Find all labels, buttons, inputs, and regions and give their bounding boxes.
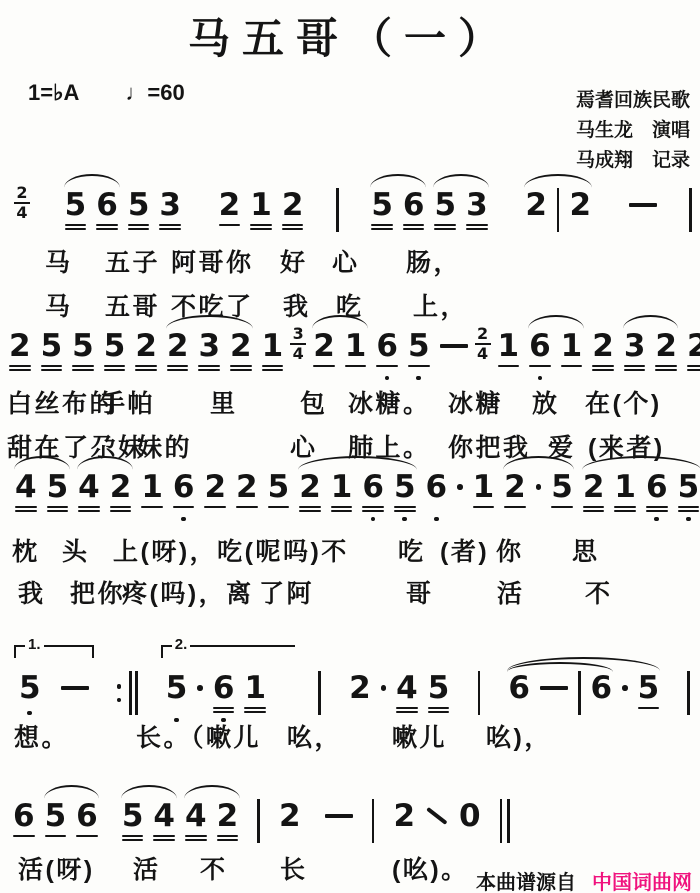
beam-lines bbox=[345, 363, 367, 373]
music-line: 454216225216561252165 bbox=[10, 454, 694, 523]
note: 6 bbox=[641, 470, 673, 523]
note-body: 2 bbox=[236, 470, 258, 504]
time-denominator: 4 bbox=[16, 205, 27, 221]
beam-lines bbox=[244, 705, 266, 715]
beam-lines bbox=[185, 833, 207, 843]
beam-line bbox=[173, 506, 195, 508]
beam-line bbox=[592, 369, 614, 371]
slur bbox=[528, 315, 583, 329]
lyric-chunk: 了阿 bbox=[259, 574, 314, 610]
note-body: 5 bbox=[678, 470, 700, 504]
note-body: 5 bbox=[394, 470, 416, 504]
note: 2 bbox=[344, 671, 376, 724]
beam-line bbox=[504, 506, 526, 508]
beam-line bbox=[403, 224, 425, 226]
credits-block: 焉耆回族民歌 马生龙 演唱 马成翔 记录 bbox=[576, 86, 690, 176]
lyric-chunk: 活 bbox=[133, 850, 161, 886]
lyric-chunk: 吆， bbox=[287, 718, 342, 754]
note-digit: 2 bbox=[687, 329, 700, 363]
note-body: 3 bbox=[624, 329, 646, 363]
note: 5 bbox=[429, 188, 461, 241]
note-digit: 5 bbox=[371, 188, 393, 222]
time-numerator: 2 bbox=[16, 185, 27, 201]
note-body: 2 bbox=[110, 470, 132, 504]
barline bbox=[689, 188, 692, 232]
note-group: 2 bbox=[274, 783, 306, 845]
beam-lines bbox=[629, 222, 657, 225]
octave-dot-zone bbox=[538, 373, 543, 382]
lyric-chunk: 心 bbox=[332, 243, 360, 279]
note: 2 bbox=[231, 470, 263, 523]
note-body: 2 bbox=[525, 188, 547, 222]
note-digit: 5 bbox=[394, 470, 416, 504]
beam-line bbox=[185, 835, 207, 837]
beam-line bbox=[434, 228, 456, 230]
beam-line bbox=[128, 224, 150, 226]
beam-line bbox=[299, 506, 321, 508]
note-digit: 5 bbox=[428, 671, 450, 705]
octave-dot bbox=[371, 517, 376, 522]
note-digit: 1 bbox=[250, 188, 272, 222]
note-group: 5 bbox=[14, 655, 46, 717]
note-body: 1 bbox=[244, 671, 266, 705]
beam-line bbox=[72, 365, 94, 367]
note-body: 6 bbox=[426, 470, 448, 504]
beam-line bbox=[217, 835, 239, 837]
beam-line bbox=[655, 365, 677, 367]
beam-line bbox=[135, 369, 157, 371]
beam-line bbox=[104, 369, 126, 371]
time-signature: 24 bbox=[12, 185, 32, 221]
lyric-chunk: 嗽儿 bbox=[392, 718, 447, 754]
beam-lines bbox=[561, 363, 583, 373]
barline bbox=[336, 188, 339, 232]
note-group: 561 bbox=[161, 655, 271, 724]
credit-origin: 焉耆回族民歌 bbox=[576, 86, 690, 116]
note: 1 bbox=[239, 671, 271, 724]
octave-dot-zone bbox=[385, 373, 390, 382]
note-group: 225 bbox=[199, 454, 294, 523]
note-digit: 1 bbox=[262, 329, 284, 363]
note-body: 6 bbox=[173, 470, 195, 504]
note-body: 6 bbox=[362, 470, 384, 504]
lyric-chunk: (吆)。 bbox=[392, 850, 469, 886]
beam-lines bbox=[622, 705, 628, 715]
beam-line bbox=[583, 510, 605, 512]
augmentation-dot bbox=[381, 685, 387, 691]
note: 5 bbox=[42, 470, 74, 523]
note-group: 20 bbox=[388, 783, 485, 845]
note: 2 bbox=[682, 329, 700, 382]
note-digit: 1 bbox=[331, 470, 353, 504]
note: 5 bbox=[673, 470, 700, 523]
note-body: 5 bbox=[47, 470, 69, 504]
dot-cell bbox=[617, 671, 633, 724]
lyric-chunk: 我 bbox=[283, 287, 311, 323]
note-digit: 5 bbox=[41, 329, 63, 363]
note: 2 bbox=[214, 188, 246, 241]
lyric-chunk: 吆)， bbox=[486, 718, 552, 754]
note-digit: 2 bbox=[9, 329, 31, 363]
beam-lines bbox=[459, 833, 481, 836]
note-body: 2 bbox=[299, 470, 321, 504]
lyric-chunk: 爱 bbox=[548, 428, 576, 464]
note-digit: 1 bbox=[561, 329, 583, 363]
note-digit: 2 bbox=[299, 470, 321, 504]
note-body: 3 bbox=[198, 329, 220, 363]
note-body: 6 bbox=[646, 470, 668, 504]
note-body: 2 bbox=[393, 799, 415, 833]
note: 5 bbox=[403, 329, 435, 382]
lyric-chunk: 五子 bbox=[105, 243, 160, 279]
note-body bbox=[536, 470, 542, 504]
note-body: 5 bbox=[41, 329, 63, 363]
note: 2 bbox=[212, 799, 244, 852]
note: 1 bbox=[326, 470, 358, 523]
beam-line bbox=[185, 839, 207, 841]
lyric-chunk: 心 bbox=[290, 428, 318, 464]
bar bbox=[507, 799, 510, 843]
beam-line bbox=[331, 506, 353, 508]
note-digit: 5 bbox=[128, 188, 150, 222]
lyric-chunk: 把你 bbox=[70, 574, 125, 610]
time-numerator: 2 bbox=[477, 326, 488, 342]
bar bbox=[129, 671, 132, 715]
beam-line bbox=[104, 365, 126, 367]
note-body: 1 bbox=[345, 329, 367, 363]
note-digit: 6 bbox=[508, 671, 530, 705]
beam-line bbox=[135, 365, 157, 367]
beam-lines bbox=[325, 833, 353, 836]
beam-line bbox=[198, 365, 220, 367]
beam-lines bbox=[425, 833, 449, 836]
beam-lines bbox=[583, 504, 605, 514]
beam-line bbox=[219, 224, 241, 226]
note-group: 25 bbox=[499, 454, 578, 523]
note-body: 5 bbox=[371, 188, 393, 222]
note-group: 2555 bbox=[4, 313, 130, 382]
beam-lines bbox=[9, 363, 31, 373]
slur bbox=[507, 657, 660, 671]
beam-line bbox=[282, 224, 304, 226]
note: 2 bbox=[308, 329, 340, 382]
beam-line bbox=[313, 365, 335, 367]
slur bbox=[370, 174, 426, 188]
note-group: 2322 bbox=[587, 313, 700, 382]
octave-dot bbox=[385, 376, 390, 381]
beam-line bbox=[592, 365, 614, 367]
note-digit: 2 bbox=[592, 329, 614, 363]
note-body: 5 bbox=[551, 470, 573, 504]
volta-ending: 2.561 bbox=[161, 655, 295, 724]
note-body: 1 bbox=[141, 470, 163, 504]
octave-dot bbox=[402, 517, 407, 522]
footer-site-link[interactable]: 中国词曲网 bbox=[592, 866, 692, 893]
note-body: 0 bbox=[459, 799, 481, 833]
lyric-chunk: 甜在 bbox=[7, 428, 62, 464]
time-signature: 24 bbox=[473, 326, 493, 362]
beam-line bbox=[213, 711, 235, 713]
note-group: 665 bbox=[503, 655, 664, 724]
beam-line bbox=[687, 365, 700, 367]
slur bbox=[433, 174, 489, 188]
lyric-chunk: 上， bbox=[413, 287, 468, 323]
beam-line bbox=[230, 365, 252, 367]
barline bbox=[578, 671, 581, 715]
beam-line bbox=[15, 506, 37, 508]
lyric-line: 马五哥不吃了我吃上， bbox=[0, 287, 700, 317]
note: 6 bbox=[91, 188, 123, 241]
beam-lines bbox=[687, 363, 700, 373]
note: 5 bbox=[423, 671, 455, 724]
note-body: 1 bbox=[614, 470, 636, 504]
note-body: 1 bbox=[250, 188, 272, 222]
note-body: 2 bbox=[167, 329, 189, 363]
beam-line bbox=[262, 369, 284, 371]
note-digit: 5 bbox=[408, 329, 430, 363]
footer: 本曲谱源自 中国词曲网 bbox=[476, 866, 692, 893]
lyric-chunk: 里 bbox=[210, 384, 238, 420]
final-barline bbox=[500, 799, 510, 843]
note: 5 bbox=[546, 470, 578, 523]
beam-line bbox=[76, 835, 98, 837]
note: 6 bbox=[168, 470, 200, 523]
lyric-chunk: 你把我 bbox=[448, 428, 531, 464]
beam-lines bbox=[96, 222, 118, 232]
lyric-chunk: 肠， bbox=[406, 243, 461, 279]
note-digit: 6 bbox=[96, 188, 118, 222]
meta-row: 1=♭A♩=60 bbox=[28, 80, 185, 106]
beam-lines bbox=[219, 222, 241, 232]
beam-lines bbox=[678, 504, 700, 514]
lyric-chunk: 活(呀) bbox=[18, 850, 95, 886]
lyric-chunk: 五哥 bbox=[105, 287, 160, 323]
beam-line bbox=[96, 228, 118, 230]
beam-line bbox=[331, 510, 353, 512]
note-digit: 6 bbox=[529, 329, 551, 363]
beam-lines bbox=[262, 363, 284, 373]
time-numerator: 3 bbox=[293, 326, 304, 342]
note: 5 bbox=[123, 188, 155, 241]
beam-lines bbox=[529, 363, 551, 373]
note-body: 2 bbox=[217, 799, 239, 833]
note: 6 bbox=[357, 470, 389, 523]
beam-lines bbox=[282, 222, 304, 232]
note: 6 bbox=[371, 329, 403, 382]
note-digit: 2 bbox=[569, 188, 591, 222]
octave-dot-zone bbox=[654, 514, 659, 523]
note-digit: 4 bbox=[78, 470, 100, 504]
octave-dot bbox=[686, 517, 691, 522]
footer-source-label: 本曲谱源自 bbox=[476, 866, 576, 893]
note-digit: 2 bbox=[167, 329, 189, 363]
dash bbox=[325, 814, 353, 818]
octave-dot bbox=[538, 376, 543, 381]
beam-lines bbox=[540, 705, 568, 715]
beam-lines bbox=[426, 504, 448, 514]
note: 1 bbox=[340, 329, 372, 382]
key-signature: 1=♭A bbox=[28, 80, 79, 105]
dash bbox=[629, 203, 657, 207]
beam-lines bbox=[466, 222, 488, 232]
beam-lines bbox=[141, 504, 163, 514]
beam-lines bbox=[250, 222, 272, 232]
note: 4 bbox=[10, 470, 42, 523]
note-digit: 6 bbox=[403, 188, 425, 222]
beam-line bbox=[236, 506, 258, 508]
beam-lines bbox=[279, 833, 301, 836]
note-digit: 6 bbox=[426, 470, 448, 504]
beam-lines bbox=[349, 705, 371, 715]
beam-line bbox=[217, 839, 239, 841]
note: 2 bbox=[564, 188, 596, 234]
beam-line bbox=[41, 369, 63, 371]
beam-line bbox=[65, 228, 87, 230]
note-group: 5442 bbox=[117, 783, 243, 852]
beam-lines bbox=[569, 222, 591, 225]
beam-lines bbox=[591, 705, 613, 715]
dot-cell bbox=[452, 470, 468, 523]
lyric-chunk: 了尕妹 bbox=[63, 428, 146, 464]
beam-lines bbox=[551, 504, 573, 514]
beam-lines bbox=[536, 504, 542, 514]
beam-lines bbox=[498, 363, 520, 373]
note-body: 5 bbox=[65, 188, 87, 222]
dash-cell bbox=[624, 188, 662, 234]
note-group: 4542 bbox=[10, 454, 136, 523]
bar bbox=[135, 671, 138, 715]
note-body: 2 bbox=[592, 329, 614, 363]
beam-line bbox=[72, 369, 94, 371]
beam-lines bbox=[428, 705, 450, 715]
note-digit: 2 bbox=[282, 188, 304, 222]
note-body: 6 bbox=[591, 671, 613, 705]
lyric-chunk: 活 bbox=[497, 574, 525, 610]
note: 6 bbox=[586, 671, 618, 724]
bar-cell bbox=[552, 188, 565, 232]
note-digit: 6 bbox=[76, 799, 98, 833]
note-body bbox=[629, 188, 657, 222]
note-digit: 4 bbox=[396, 671, 418, 705]
beam-line bbox=[614, 506, 636, 508]
beam-line bbox=[396, 711, 418, 713]
beam-lines bbox=[381, 705, 387, 715]
beam-lines bbox=[396, 705, 418, 715]
beam-line bbox=[403, 228, 425, 230]
note-digit: 6 bbox=[173, 470, 195, 504]
note-group: 161 bbox=[493, 313, 588, 382]
note-group: 5653 bbox=[366, 172, 492, 241]
beam-line bbox=[244, 711, 266, 713]
note-body bbox=[425, 799, 449, 833]
note-digit: 2 bbox=[504, 470, 526, 504]
lyric-chunk: (来者) bbox=[588, 428, 665, 464]
beam-lines bbox=[394, 504, 416, 514]
note-body: 5 bbox=[638, 671, 660, 705]
beam-lines bbox=[197, 705, 203, 715]
beam-line bbox=[110, 506, 132, 508]
octave-dot bbox=[434, 517, 439, 522]
note-body: 1 bbox=[473, 470, 495, 504]
beam-lines bbox=[78, 504, 100, 514]
octave-dot-zone bbox=[27, 708, 32, 717]
beam-lines bbox=[110, 504, 132, 514]
augmentation-dot bbox=[536, 484, 542, 490]
beam-lines bbox=[393, 833, 415, 836]
beam-line bbox=[141, 506, 163, 508]
note-group: 2165 bbox=[308, 313, 434, 382]
note: 2 bbox=[388, 799, 420, 845]
lyric-line: 马五子阿哥你好心肠， bbox=[0, 243, 700, 273]
lyric-chunk: 在(个) bbox=[585, 384, 662, 420]
note-body: 6 bbox=[376, 329, 398, 363]
note: 2 bbox=[162, 329, 194, 382]
note-digit: 6 bbox=[213, 671, 235, 705]
beam-line bbox=[551, 506, 573, 508]
note-digit: 1 bbox=[345, 329, 367, 363]
beam-line bbox=[250, 228, 272, 230]
note-digit: 2 bbox=[655, 329, 677, 363]
note-body: 1 bbox=[498, 329, 520, 363]
note: 3 bbox=[193, 329, 225, 382]
beam-lines bbox=[135, 363, 157, 373]
note-body: 2 bbox=[219, 188, 241, 222]
lyric-chunk: 阿哥你 bbox=[171, 243, 254, 279]
slur bbox=[524, 174, 592, 188]
beam-line bbox=[624, 365, 646, 367]
barline bbox=[557, 188, 560, 232]
lyric-chunk: (者) bbox=[440, 532, 489, 568]
barline bbox=[318, 671, 321, 715]
lyric-chunk: 你 bbox=[496, 532, 524, 568]
note: 2 bbox=[225, 329, 257, 382]
note-body: 5 bbox=[166, 671, 188, 705]
repeat-end-barline bbox=[117, 671, 138, 715]
note-digit: 1 bbox=[498, 329, 520, 363]
note: 2 bbox=[199, 470, 231, 523]
note: 2 bbox=[499, 470, 531, 523]
repeat-dot bbox=[117, 684, 122, 689]
barline bbox=[478, 671, 481, 715]
note: 1 bbox=[493, 329, 525, 382]
note-digit: 4 bbox=[15, 470, 37, 504]
dash bbox=[61, 686, 89, 690]
augmentation-dot bbox=[457, 484, 463, 490]
note-digit: 0 bbox=[459, 799, 481, 833]
octave-dot-zone bbox=[371, 514, 376, 523]
note: 5 bbox=[389, 470, 421, 523]
note: 1 bbox=[556, 329, 588, 382]
slur bbox=[64, 174, 120, 188]
note-body bbox=[540, 671, 568, 705]
note: 5 bbox=[14, 671, 46, 717]
beam-line bbox=[41, 365, 63, 367]
note-digit: 2 bbox=[279, 799, 301, 833]
dash-cell bbox=[320, 799, 358, 845]
lyric-line: 想。长。（嗽儿吆，嗽儿吆)， bbox=[0, 718, 700, 748]
beam-lines bbox=[166, 705, 188, 715]
lyric-chunk: 头 bbox=[62, 532, 90, 568]
note-group: 5653 bbox=[60, 172, 186, 241]
note-body: 4 bbox=[185, 799, 207, 833]
beam-line bbox=[362, 510, 384, 512]
dash bbox=[440, 344, 468, 348]
note-digit: 5 bbox=[19, 671, 41, 705]
lyric-chunk: 马 bbox=[45, 287, 73, 323]
beam-line bbox=[153, 839, 175, 841]
note-body: 2 bbox=[313, 329, 335, 363]
lyric-chunk: 哥 bbox=[406, 574, 434, 610]
